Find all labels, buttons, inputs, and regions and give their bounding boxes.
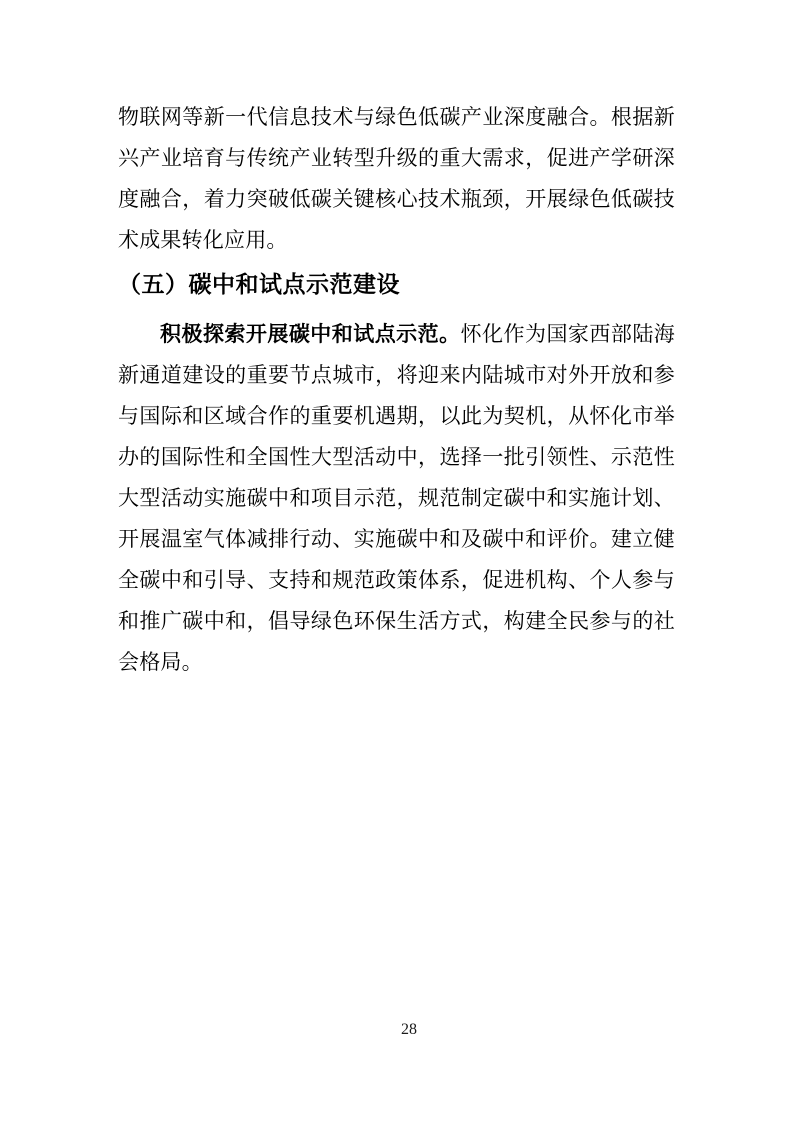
- page-body: 物联网等新一代信息技术与绿色低碳产业深度融合。根据新兴产业培育与传统产业转型升级…: [118, 97, 675, 683]
- paragraph-body-text: 怀化作为国家西部陆海新通道建设的重要节点城市，将迎来内陆城市对外开放和参与国际和…: [118, 322, 675, 674]
- paragraph-main: 积极探索开展碳中和试点示范。怀化作为国家西部陆海新通道建设的重要节点城市，将迎来…: [118, 314, 675, 683]
- paragraph-lead-sentence: 积极探索开展碳中和试点示范。: [160, 322, 461, 346]
- section-heading: （五）碳中和试点示范建设: [118, 264, 675, 305]
- paragraph-continuation: 物联网等新一代信息技术与绿色低碳产业深度融合。根据新兴产业培育与传统产业转型升级…: [118, 97, 675, 261]
- page-number: 28: [0, 1020, 793, 1040]
- document-page: 物联网等新一代信息技术与绿色低碳产业深度融合。根据新兴产业培育与传统产业转型升级…: [0, 0, 793, 1122]
